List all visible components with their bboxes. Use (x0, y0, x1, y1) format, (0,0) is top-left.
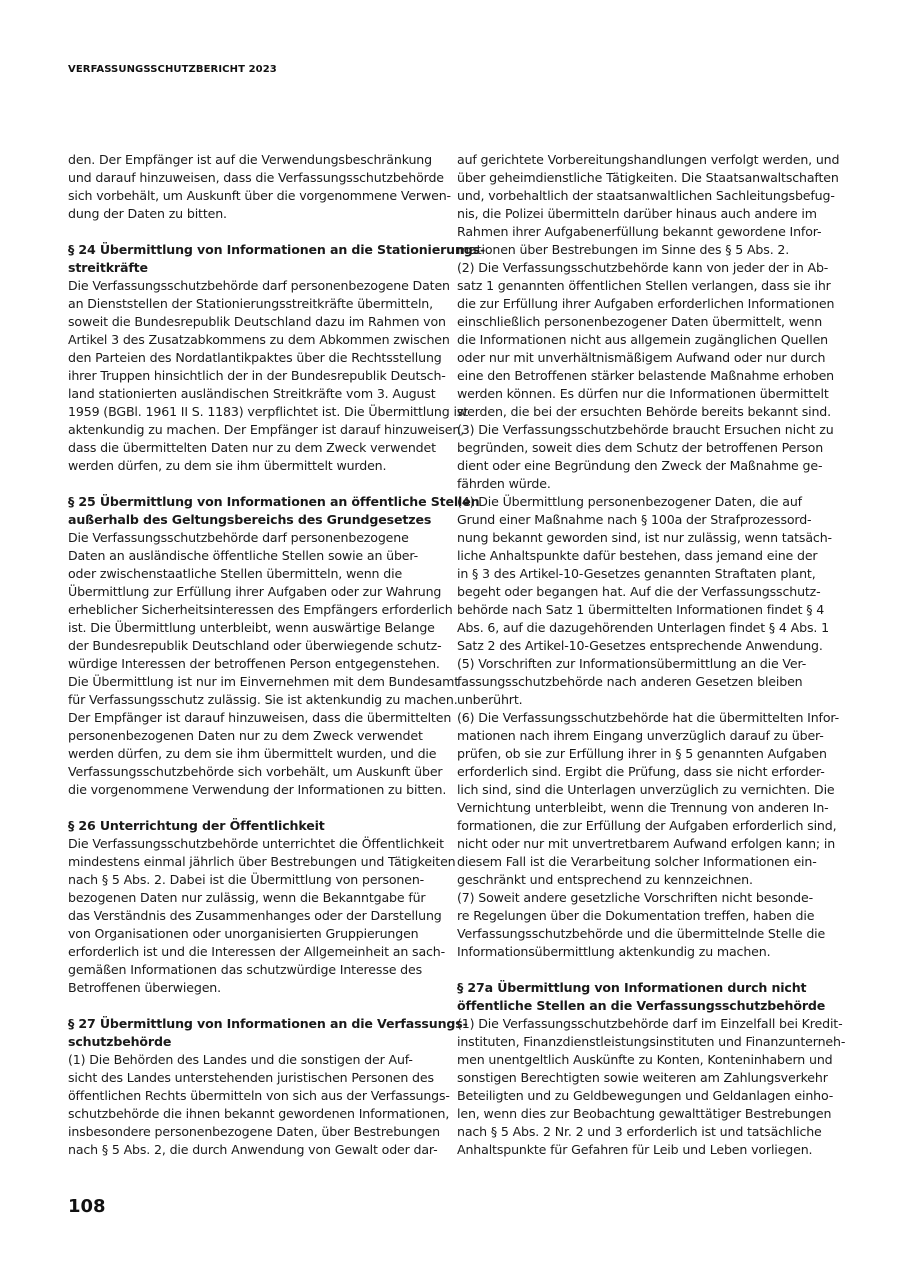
text-line: mationen über Bestrebungen im Sinne des … (457, 241, 841, 259)
text-line: lich sind, sind die Unterlagen unverzügl… (457, 781, 841, 799)
text-line: nis, die Polizei übermitteln darüber hin… (457, 205, 841, 223)
text-line: (3) Die Verfassungsschutzbehörde braucht… (457, 421, 841, 439)
text-line: würdige Interessen der betroffenen Perso… (68, 655, 446, 673)
text-line: dient oder eine Begründung den Zweck der… (457, 457, 841, 475)
text-line: von Organisationen oder unorganisierten … (68, 925, 446, 943)
text-line: Abs. 6, auf die dazugehörenden Unterlage… (457, 619, 841, 637)
text-line: Daten an ausländische öffentliche Stelle… (68, 547, 446, 565)
text-line: Grund einer Maßnahme nach § 100a der Str… (457, 511, 841, 529)
text-line: begeht oder begangen hat. Auf die der Ve… (457, 583, 841, 601)
text-line: (6) Die Verfassungsschutzbehörde hat die… (457, 709, 841, 727)
section-heading: streitkräfte (68, 259, 446, 277)
text-line: in § 3 des Artikel-10-Gesetzes genannten… (457, 565, 841, 583)
text-line: öffentlichen Rechts übermitteln von sich… (68, 1087, 446, 1105)
text-line: eine den Betroffenen stärker belastende … (457, 367, 841, 385)
text-line: nach § 5 Abs. 2. Dabei ist die Übermittl… (68, 871, 446, 889)
text-line: für Verfassungsschutz zulässig. Sie ist … (68, 691, 446, 709)
text-line: unberührt. (457, 691, 841, 709)
spacer (68, 799, 446, 817)
text-line: die zur Erfüllung ihrer Aufgaben erforde… (457, 295, 841, 313)
text-line: Verfassungsschutzbehörde und die übermit… (457, 925, 841, 943)
text-line: mationen nach ihrem Eingang unverzüglich… (457, 727, 841, 745)
text-line: werden dürfen, zu dem sie ihm übermittel… (68, 745, 446, 763)
text-line: ihrer Truppen hinsichtlich der in der Bu… (68, 367, 446, 385)
text-line: Die Verfassungsschutzbehörde darf person… (68, 277, 446, 295)
text-line: einschließlich personenbezogener Daten ü… (457, 313, 841, 331)
text-line: (1) Die Behörden des Landes und die sons… (68, 1051, 446, 1069)
text-line: erforderlich sind. Ergibt die Prüfung, d… (457, 763, 841, 781)
text-line: len, wenn dies zur Beobachtung gewalttät… (457, 1105, 841, 1123)
section-27a: § 27a Übermittlung von Informationen dur… (457, 979, 841, 1159)
text-line: men unentgeltlich Auskünfte zu Konten, K… (457, 1051, 841, 1069)
text-line: den Parteien des Nordatlantikpaktes über… (68, 349, 446, 367)
text-line: Beteiligten und zu Geldbewegungen und Ge… (457, 1087, 841, 1105)
text-line: den. Der Empfänger ist auf die Verwendun… (68, 151, 446, 169)
text-line: dass die übermittelten Daten nur zu dem … (68, 439, 446, 457)
text-line: nach § 5 Abs. 2, die durch Anwendung von… (68, 1141, 446, 1159)
text-line: Verfassungsschutzbehörde sich vorbehält,… (68, 763, 446, 781)
text-line: auf gerichtete Vorbereitungshandlungen v… (457, 151, 841, 169)
section-heading: außerhalb des Geltungsbereichs des Grund… (68, 511, 446, 529)
text-line: gemäßen Informationen das schutzwürdige … (68, 961, 446, 979)
text-line: fährden würde. (457, 475, 841, 493)
text-line: sich vorbehält, um Auskunft über die vor… (68, 187, 446, 205)
text-line: begründen, soweit dies dem Schutz der be… (457, 439, 841, 457)
section-heading: § 24 Übermittlung von Informationen an d… (68, 241, 446, 259)
section-26: § 26 Unterrichtung der Öffentlichkeit Di… (68, 817, 446, 997)
text-line: die Informationen nicht aus allgemein zu… (457, 331, 841, 349)
text-line: über geheimdienstliche Tätigkeiten. Die … (457, 169, 841, 187)
text-line: Die Verfassungsschutzbehörde unterrichte… (68, 835, 446, 853)
text-line: das Verständnis des Zusammenhanges oder … (68, 907, 446, 925)
text-line: bezogenen Daten nur zulässig, wenn die B… (68, 889, 446, 907)
spacer (68, 475, 446, 493)
text-line: instituten, Finanzdienstleistungsinstitu… (457, 1033, 841, 1051)
text-line: re Regelungen über die Dokumentation tre… (457, 907, 841, 925)
text-line: Betroffenen überwiegen. (68, 979, 446, 997)
text-line: Satz 2 des Artikel-10-Gesetzes entsprech… (457, 637, 841, 655)
text-line: satz 1 genannten öffentlichen Stellen ve… (457, 277, 841, 295)
text-line: die vorgenommene Verwendung der Informat… (68, 781, 446, 799)
text-line: an Dienststellen der Stationierungsstrei… (68, 295, 446, 313)
section-heading: schutzbehörde (68, 1033, 446, 1051)
spacer (68, 997, 446, 1015)
right-column: auf gerichtete Vorbereitungshandlungen v… (457, 151, 841, 1159)
text-line: und darauf hinzuweisen, dass die Verfass… (68, 169, 446, 187)
text-line: der Bundesrepublik Deutschland oder über… (68, 637, 446, 655)
text-line: sicht des Landes unterstehenden juristis… (68, 1069, 446, 1087)
text-line: Die Übermittlung ist nur im Einvernehmen… (68, 673, 446, 691)
text-line: oder zwischenstaatliche Stellen übermitt… (68, 565, 446, 583)
text-line: Informationsübermittlung aktenkundig zu … (457, 943, 841, 961)
text-line: (1) Die Verfassungsschutzbehörde darf im… (457, 1015, 841, 1033)
text-line: (7) Soweit andere gesetzliche Vorschrift… (457, 889, 841, 907)
text-line: 1959 (BGBl. 1961 II S. 1183) verpflichte… (68, 403, 446, 421)
intro-paragraph: den. Der Empfänger ist auf die Verwendun… (68, 151, 446, 223)
text-line: erforderlich ist und die Interessen der … (68, 943, 446, 961)
text-line: land stationierten ausländischen Streitk… (68, 385, 446, 403)
text-line: behörde nach Satz 1 übermittelten Inform… (457, 601, 841, 619)
text-line: soweit die Bundesrepublik Deutschland da… (68, 313, 446, 331)
text-line: personenbezogenen Daten nur zu dem Zweck… (68, 727, 446, 745)
text-line: nung bekannt geworden sind, ist nur zulä… (457, 529, 841, 547)
text-line: dung der Daten zu bitten. (68, 205, 446, 223)
section-heading: § 27a Übermittlung von Informationen dur… (457, 979, 841, 997)
text-line: fassungsschutzbehörde nach anderen Geset… (457, 673, 841, 691)
text-line: insbesondere personenbezogene Daten, übe… (68, 1123, 446, 1141)
text-line: mindestens einmal jährlich über Bestrebu… (68, 853, 446, 871)
text-line: Anhaltspunkte für Gefahren für Leib und … (457, 1141, 841, 1159)
text-line: formationen, die zur Erfüllung der Aufga… (457, 817, 841, 835)
section-heading: öffentliche Stellen an die Verfassungssc… (457, 997, 841, 1015)
text-line: Artikel 3 des Zusatzabkommens zu dem Abk… (68, 331, 446, 349)
left-column: den. Der Empfänger ist auf die Verwendun… (68, 151, 446, 1159)
text-line: nach § 5 Abs. 2 Nr. 2 und 3 erforderlich… (457, 1123, 841, 1141)
text-line: Übermittlung zur Erfüllung ihrer Aufgabe… (68, 583, 446, 601)
spacer (68, 223, 446, 241)
running-head: VERFASSUNGSSCHUTZBERICHT 2023 (68, 64, 277, 75)
text-line: (2) Die Verfassungsschutzbehörde kann vo… (457, 259, 841, 277)
page-number: 108 (68, 1196, 106, 1217)
section-heading: § 27 Übermittlung von Informationen an d… (68, 1015, 446, 1033)
section-heading: § 25 Übermittlung von Informationen an ö… (68, 493, 446, 511)
text-line: Vernichtung unterbleibt, wenn die Trennu… (457, 799, 841, 817)
section-heading: § 26 Unterrichtung der Öffentlichkeit (68, 817, 446, 835)
text-line: diesem Fall ist die Verarbeitung solcher… (457, 853, 841, 871)
text-line: aktenkundig zu machen. Der Empfänger ist… (68, 421, 446, 439)
spacer (457, 961, 841, 979)
text-line: liche Anhaltspunkte dafür bestehen, dass… (457, 547, 841, 565)
text-line: sonstigen Berechtigten sowie weiteren am… (457, 1069, 841, 1087)
text-line: oder nur mit unverhältnismäßigem Aufwand… (457, 349, 841, 367)
text-line: werden dürfen, zu dem sie ihm übermittel… (68, 457, 446, 475)
text-line: erheblicher Sicherheitsinteressen des Em… (68, 601, 446, 619)
section-25: § 25 Übermittlung von Informationen an ö… (68, 493, 446, 799)
section-27-continued: auf gerichtete Vorbereitungshandlungen v… (457, 151, 841, 961)
text-line: Rahmen ihrer Aufgabenerfüllung bekannt g… (457, 223, 841, 241)
text-line: (4) Die Übermittlung personenbezogener D… (457, 493, 841, 511)
text-line: werden, die bei der ersuchten Behörde be… (457, 403, 841, 421)
text-line: Die Verfassungsschutzbehörde darf person… (68, 529, 446, 547)
section-24: § 24 Übermittlung von Informationen an d… (68, 241, 446, 475)
text-line: geschränkt und entsprechend zu kennzeich… (457, 871, 841, 889)
section-27: § 27 Übermittlung von Informationen an d… (68, 1015, 446, 1159)
text-line: und, vorbehaltlich der staatsanwaltliche… (457, 187, 841, 205)
text-line: nicht oder nur mit unvertretbarem Aufwan… (457, 835, 841, 853)
text-line: prüfen, ob sie zur Erfüllung ihrer in § … (457, 745, 841, 763)
text-line: ist. Die Übermittlung unterbleibt, wenn … (68, 619, 446, 637)
text-line: (5) Vorschriften zur Informationsübermit… (457, 655, 841, 673)
text-line: schutzbehörde die ihnen bekannt geworden… (68, 1105, 446, 1123)
text-line: Der Empfänger ist darauf hinzuweisen, da… (68, 709, 446, 727)
text-line: werden können. Es dürfen nur die Informa… (457, 385, 841, 403)
